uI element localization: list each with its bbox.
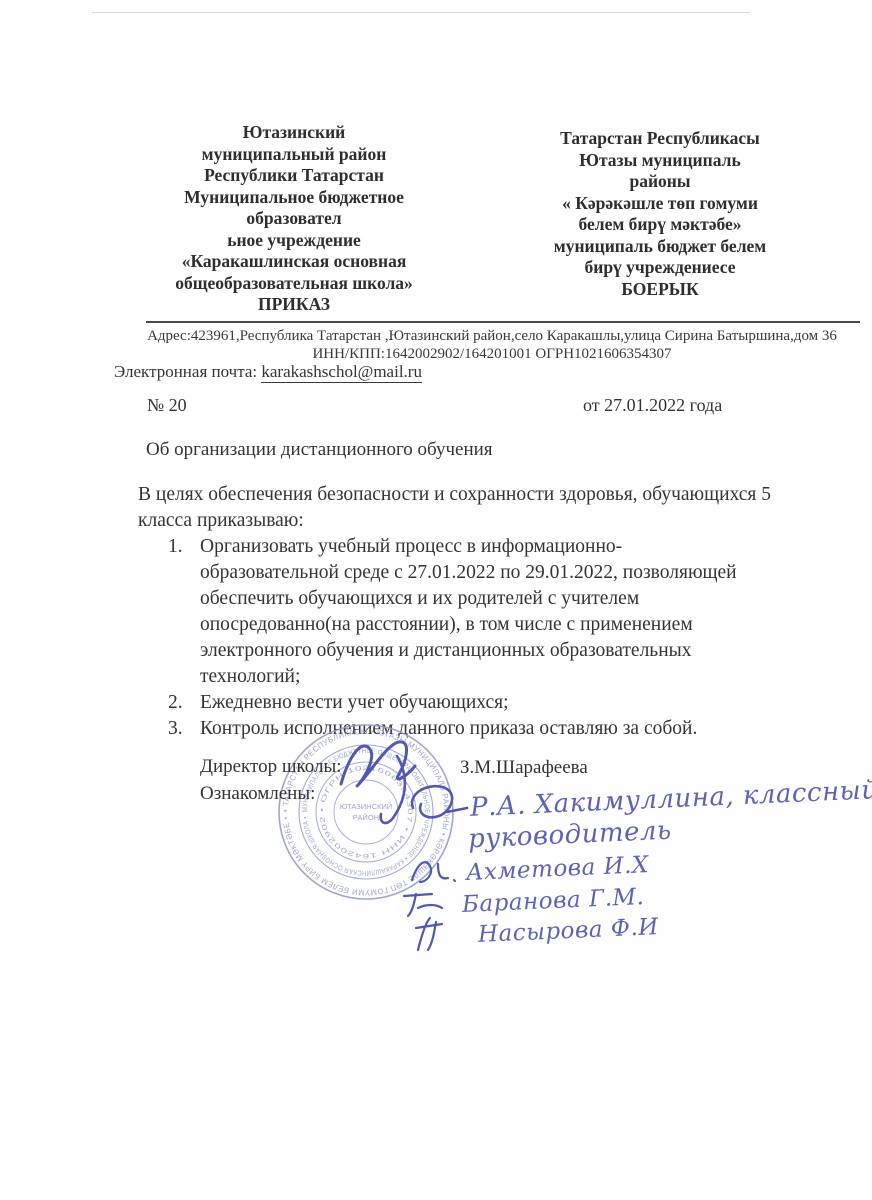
signature-scribble <box>405 778 475 828</box>
order-items-list: 1. Организовать учебный процесс в информ… <box>168 534 793 742</box>
handwritten-name-akhmetova: Ахметова И.Х <box>466 852 650 886</box>
order-item-number: 3. <box>168 716 200 742</box>
email-line: Электронная почта: karakashschol@mail.ru <box>114 362 422 382</box>
address-line: Адрес:423961,Республика Татарстан ,Ютази… <box>130 327 854 345</box>
letterhead-ru-line: Муниципальное бюджетное <box>158 187 430 209</box>
letterhead-tat-line: белем бирү мәктәбе» <box>492 214 828 236</box>
order-item-number: 1. <box>168 534 200 560</box>
email-address: karakashschol@mail.ru <box>261 362 422 383</box>
director-name: З.М.Шарафеева <box>460 757 588 779</box>
director-label: Директор школы: <box>200 756 342 778</box>
letterhead-tat-line: Татарстан Республикасы <box>492 128 828 150</box>
order-item: 1. Организовать учебный процесс в информ… <box>168 534 793 690</box>
letterhead-ru-line: Ютазинский <box>158 122 430 144</box>
letterhead-tat-line: муниципаль бюджет белем <box>492 236 828 258</box>
letterhead-ru-line: общеобразовательная школа» <box>158 273 430 295</box>
letterhead-tatar: Татарстан Республикасы Ютазы муниципаль … <box>492 128 828 300</box>
order-item-number: 2. <box>168 690 200 716</box>
letterhead-ru-line: «Каракашлинская основная <box>158 251 430 273</box>
letterhead-tat-line: « Кәрәкәшле төп гомуми <box>492 193 828 215</box>
order-item-text: Организовать учебный процесс в информаци… <box>200 534 760 690</box>
scan-artifact-line <box>92 12 750 13</box>
letterhead-tat-line: бирү учреждениесе <box>492 257 828 279</box>
order-item-text: Ежедневно вести учет обучающихся; <box>200 690 760 716</box>
letterhead-russian: Ютазинский муниципальный район Республик… <box>158 122 430 316</box>
order-date: от 27.01.2022 года <box>583 395 722 416</box>
order-item: 2. Ежедневно вести учет обучающихся; <box>168 690 793 716</box>
letterhead-tat-line: районы <box>492 171 828 193</box>
letterhead-tat-line: Ютазы муниципаль <box>492 150 828 172</box>
acquainted-label: Ознакомлены: <box>200 783 315 805</box>
signature-scribble <box>408 914 452 954</box>
order-title-tatar: БОЕРЫК <box>492 279 828 301</box>
order-title-russian: ПРИКАЗ <box>158 294 430 316</box>
handwritten-name-baranova: Баранова Г.М. <box>462 884 645 918</box>
order-intro-paragraph: В целях обеспечения безопасности и сохра… <box>138 482 810 534</box>
scanned-document-page: Ютазинский муниципальный район Республик… <box>0 0 872 1200</box>
handwritten-name-nasyrova: Насырова Ф.И <box>478 914 660 948</box>
email-label: Электронная почта: <box>114 362 261 381</box>
letterhead-ru-line: муниципальный район <box>158 144 430 166</box>
inn-kpp-ogrn-line: ИНН/КПП:1642002902/164201001 ОГРН1021606… <box>130 345 854 363</box>
letterhead-divider-rule <box>146 321 860 323</box>
letterhead-ru-line: Республики Татарстан <box>158 165 430 187</box>
order-subject: Об организации дистанционного обучения <box>146 439 493 461</box>
order-item: 3. Контроль исполнением данного приказа … <box>168 716 793 742</box>
letterhead-ru-line: ьное учреждение <box>158 230 430 252</box>
requisites-block: Адрес:423961,Республика Татарстан ,Ютази… <box>130 327 854 363</box>
order-number: № 20 <box>147 395 187 416</box>
letterhead-ru-line: образовател <box>158 208 430 230</box>
signature-scribble <box>408 852 460 888</box>
